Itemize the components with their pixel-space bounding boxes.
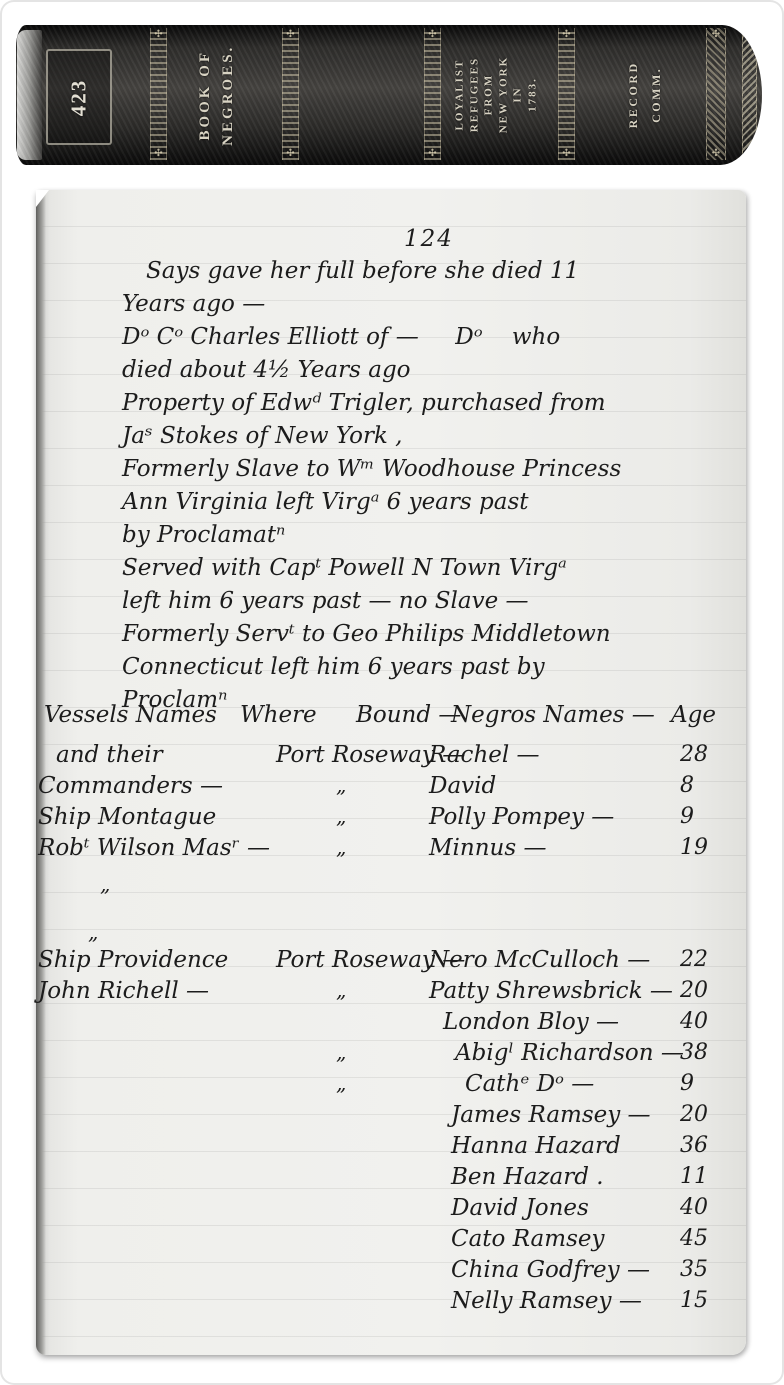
where-bound-cell xyxy=(248,1257,423,1288)
spine-title-sub-text: LOYALIST REFUGEES FROM NEW YORK IN 1783. xyxy=(452,40,539,150)
table-row: Commanders — „ David 8 xyxy=(38,773,744,804)
age-cell: 9 xyxy=(668,804,744,835)
spine-title-main: BOOK OF NEGROES. xyxy=(162,39,272,151)
ditto-mark: „ xyxy=(88,920,98,944)
spine-title-side-text: RECORD COMM. xyxy=(622,40,668,150)
record-text-line: by Proclamatⁿ xyxy=(122,522,738,555)
where-bound-cell xyxy=(248,1102,423,1133)
where-bound-cell: „ xyxy=(248,804,423,835)
ledger-table: Vessels Names Where Bound — Negros Names… xyxy=(38,702,744,1319)
where-bound-cell xyxy=(248,1164,423,1195)
age-cell: 20 xyxy=(668,1102,744,1133)
record-text-line: left him 6 years past — no Slave — xyxy=(122,588,738,621)
gilt-band xyxy=(558,28,575,160)
negro-name-cell: China Godfrey — xyxy=(423,1257,668,1288)
table-row: Cato Ramsey 45 xyxy=(38,1226,744,1257)
negro-name-cell: Polly Pompey — xyxy=(423,804,668,835)
negro-name-cell: Nero McCulloch — xyxy=(423,947,668,978)
record-text-line: Formerly Servᵗ to Geo Philips Middletown xyxy=(122,621,738,654)
vessel-cell xyxy=(38,1102,248,1133)
negro-name-cell: Cathᵉ Dᵒ — xyxy=(423,1071,668,1102)
spine-title-sub: LOYALIST REFUGEES FROM NEW YORK IN 1783. xyxy=(436,34,556,156)
vessel-cell xyxy=(38,1164,248,1195)
where-bound-cell xyxy=(248,1195,423,1226)
table-row: and their Port Roseway — Rachel — 28 xyxy=(38,742,744,773)
table-row: Hanna Hazard 36 xyxy=(38,1133,744,1164)
table-row: China Godfrey — 35 xyxy=(38,1257,744,1288)
record-text-line: Formerly Slave to Wᵐ Woodhouse Princess xyxy=(122,456,738,489)
where-bound-cell: Port Roseway — xyxy=(248,947,423,978)
header-where: Where xyxy=(240,702,317,728)
age-cell: 9 xyxy=(668,1071,744,1102)
where-bound-cell: „ xyxy=(248,773,423,804)
age-cell: 45 xyxy=(668,1226,744,1257)
vessel-cell: Robᵗ Wilson Masʳ — xyxy=(38,835,248,866)
negro-name-cell: Rachel — xyxy=(423,742,668,773)
age-cell: 20 xyxy=(668,978,744,1009)
negro-name-cell: James Ramsey — xyxy=(423,1102,668,1133)
record-text-line: Says gave her full before she died 11 xyxy=(122,258,738,291)
vessel-cell xyxy=(38,1288,248,1319)
where-bound-cell: „ xyxy=(248,835,423,866)
vessel-cell: „ xyxy=(38,872,248,903)
vessel-cell: and their xyxy=(38,742,248,773)
negro-name-cell: Nelly Ramsey — xyxy=(423,1288,668,1319)
record-text-line: Dᵒ Cᵒ Charles Elliott of — Dᵒ who xyxy=(122,324,738,357)
where-bound-cell: Port Roseway — xyxy=(248,742,423,773)
header-vessels-names: Vessels Names xyxy=(44,702,217,728)
negro-name-cell: Patty Shrewsbrick — xyxy=(423,978,668,1009)
scanned-document: 423 BOOK OF NEGROES. LOYALIST REFUGEES F… xyxy=(0,0,784,1385)
vessel-cell: John Richell — xyxy=(38,978,248,1009)
spine-head-cap xyxy=(17,30,42,160)
where-bound-cell xyxy=(248,1226,423,1257)
record-text-line: died about 4½ Years ago xyxy=(122,357,738,390)
age-cell: 11 xyxy=(668,1164,744,1195)
table-row: Robᵗ Wilson Masʳ — „ Minnus — 19 xyxy=(38,835,744,866)
age-cell: 38 xyxy=(668,1040,744,1071)
negro-name-cell: David xyxy=(423,773,668,804)
record-text-line: Ann Virginia left Virgᵃ 6 years past xyxy=(122,489,738,522)
table-row: David Jones 40 xyxy=(38,1195,744,1226)
age-cell: 28 xyxy=(668,742,744,773)
where-bound-cell xyxy=(248,1133,423,1164)
age-cell: 19 xyxy=(668,835,744,866)
age-cell: 40 xyxy=(668,1009,744,1040)
table-row: „ Abigˡ Richardson — 38 xyxy=(38,1040,744,1071)
gilt-band xyxy=(282,28,299,160)
age-cell: 15 xyxy=(668,1288,744,1319)
where-bound-cell: „ xyxy=(248,1040,423,1071)
table-row: „ Cathᵉ Dᵒ — 9 xyxy=(38,1071,744,1102)
record-text: Says gave her full before she died 11 Ye… xyxy=(122,258,738,720)
negro-name-cell xyxy=(423,872,668,903)
table-row: Ship Providence Port Roseway — Nero McCu… xyxy=(38,947,744,978)
vessel-cell: Ship Providence xyxy=(38,947,248,978)
vessel-cell xyxy=(38,1195,248,1226)
vessel-cell xyxy=(38,1040,248,1071)
spine-shelf-label: 423 xyxy=(46,49,112,145)
age-cell: 36 xyxy=(668,1133,744,1164)
age-cell: 22 xyxy=(668,947,744,978)
vessel-cell xyxy=(38,1071,248,1102)
table-row: John Richell — „ Patty Shrewsbrick — 20 xyxy=(38,978,744,1009)
negro-name-cell: Minnus — xyxy=(423,835,668,866)
vessel-cell xyxy=(38,1257,248,1288)
where-bound-cell xyxy=(248,1288,423,1319)
negro-name-cell: Abigˡ Richardson — xyxy=(423,1040,668,1071)
table-row: James Ramsey — 20 xyxy=(38,1102,744,1133)
gilt-band xyxy=(706,28,726,160)
book-spine: 423 BOOK OF NEGROES. LOYALIST REFUGEES F… xyxy=(16,25,762,165)
record-text-line: Connecticut left him 6 years past by xyxy=(122,654,738,687)
vessel-cell xyxy=(38,1009,248,1040)
header-bound: Bound — xyxy=(356,702,461,728)
record-text-line: Jaˢ Stokes of New York , xyxy=(122,423,738,456)
negro-name-cell: London Bloy — xyxy=(423,1009,668,1040)
table-row: London Bloy — 40 xyxy=(38,1009,744,1040)
vessel-cell xyxy=(38,1133,248,1164)
negro-name-cell: Ben Hazard . xyxy=(423,1164,668,1195)
table-row: Ben Hazard . 11 xyxy=(38,1164,744,1195)
table-header: Vessels Names Where Bound — Negros Names… xyxy=(38,702,744,742)
age-cell: 40 xyxy=(668,1195,744,1226)
spine-title-side: RECORD COMM. xyxy=(590,39,700,151)
where-bound-cell: „ xyxy=(248,978,423,1009)
where-bound-cell: „ xyxy=(248,1071,423,1102)
header-negros-names: Negros Names — xyxy=(451,702,655,728)
negro-name-cell: David Jones xyxy=(423,1195,668,1226)
table-row: Nelly Ramsey — 15 xyxy=(38,1288,744,1319)
age-cell: 35 xyxy=(668,1257,744,1288)
where-bound-cell xyxy=(248,872,423,903)
spine-title-main-text: BOOK OF NEGROES. xyxy=(194,40,241,150)
vessel-cell xyxy=(38,1226,248,1257)
manuscript-page: 124 Says gave her full before she died 1… xyxy=(36,190,746,1355)
record-text-line: Served with Capᵗ Powell N Town Virgᵃ xyxy=(122,555,738,588)
negro-name-cell: Hanna Hazard xyxy=(423,1133,668,1164)
where-bound-cell xyxy=(248,1009,423,1040)
shelf-number: 423 xyxy=(67,78,92,116)
gilt-band xyxy=(742,28,757,160)
vessel-cell: Commanders — xyxy=(38,773,248,804)
header-age: Age xyxy=(671,702,716,728)
negro-name-cell: Cato Ramsey xyxy=(423,1226,668,1257)
age-cell xyxy=(668,872,744,903)
age-cell: 8 xyxy=(668,773,744,804)
vessel-cell: Ship Montague xyxy=(38,804,248,835)
record-text-line: Property of Edwᵈ Trigler, purchased from xyxy=(122,390,738,423)
page-number: 124 xyxy=(404,226,454,252)
record-text-line: Years ago — xyxy=(122,291,738,324)
table-row: Ship Montague „ Polly Pompey — 9 xyxy=(38,804,744,835)
table-row: „ xyxy=(38,872,744,903)
table-rows: and their Port Roseway — Rachel — 28 Com… xyxy=(38,742,744,1319)
